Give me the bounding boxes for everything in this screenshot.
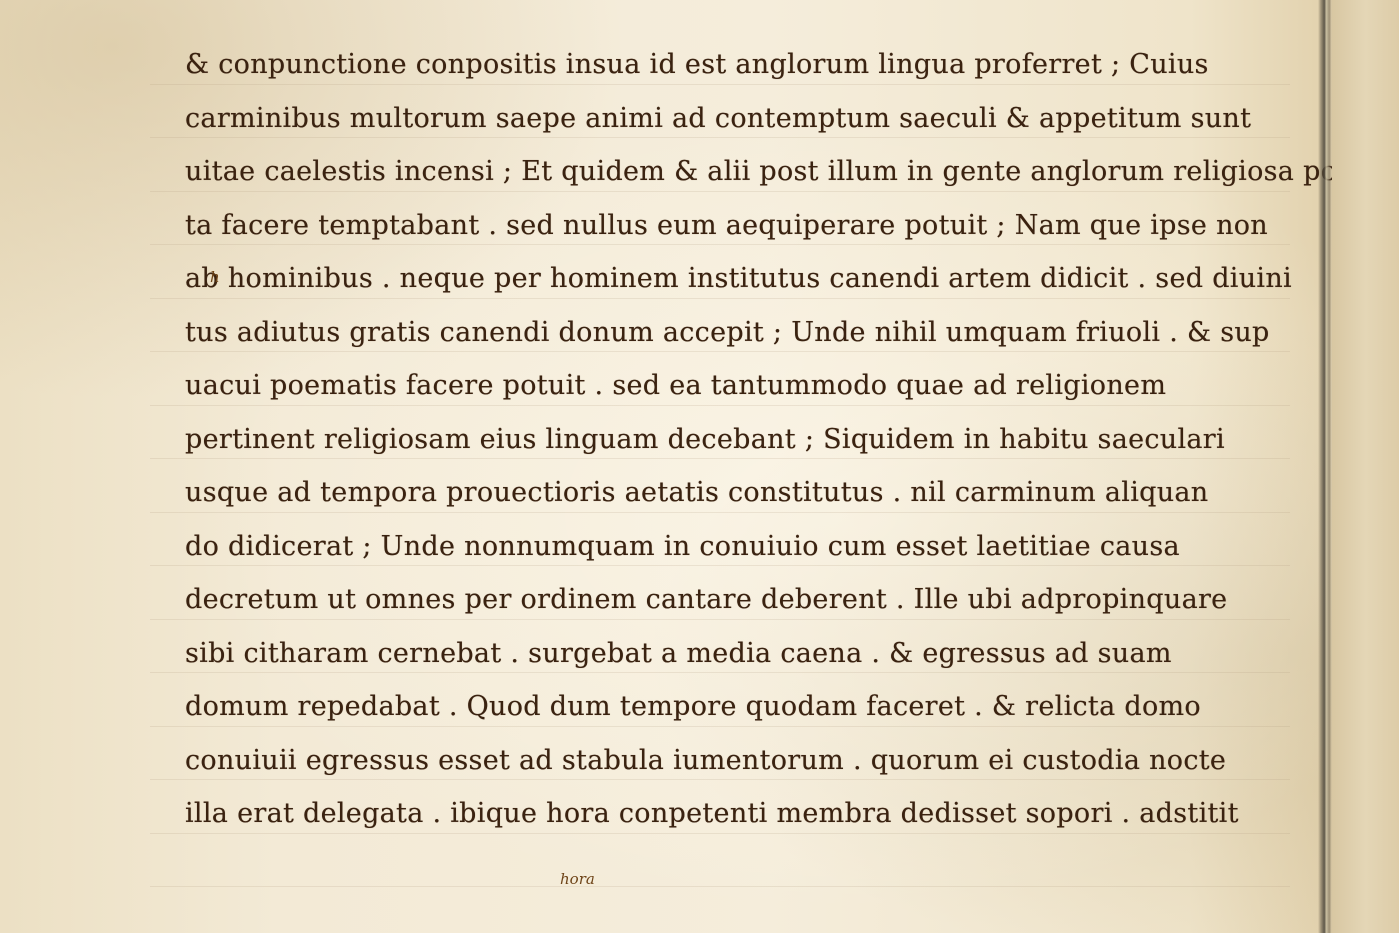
ruling-line	[150, 886, 1290, 887]
manuscript-line-12: sibi citharam cernebat . surgebat a medi…	[185, 627, 1285, 681]
manuscript-line-13: domum repedabat . Quod dum tempore quoda…	[185, 680, 1285, 734]
binding-gutter	[1318, 0, 1332, 933]
manuscript-line-7: uacui poematis facere potuit . sed ea ta…	[185, 359, 1285, 413]
manuscript-line-5: ab hominibus . neque per hominem institu…	[185, 252, 1285, 306]
manuscript-line-15: illa erat delegata . ibique hora conpete…	[185, 787, 1285, 841]
manuscript-line-14: conuiuii egressus esset ad stabula iumen…	[185, 734, 1285, 788]
manuscript-text-block: & conpunctione conpositis insua id est a…	[185, 38, 1285, 841]
manuscript-page: & conpunctione conpositis insua id est a…	[0, 0, 1399, 933]
manuscript-line-6: tus adiutus gratis canendi donum accepit…	[185, 306, 1285, 360]
manuscript-line-8: pertinent religiosam eius linguam deceba…	[185, 413, 1285, 467]
manuscript-line-4: ta facere temptabant . sed nullus eum ae…	[185, 199, 1285, 253]
manuscript-line-3: uitae caelestis incensi ; Et quidem & al…	[185, 145, 1285, 199]
manuscript-line-9: usque ad tempora prouectioris aetatis co…	[185, 466, 1285, 520]
manuscript-line-2: carminibus multorum saepe animi ad conte…	[185, 92, 1285, 146]
manuscript-line-10: do didicerat ; Unde nonnumquam in conuiu…	[185, 520, 1285, 574]
manuscript-line-11: decretum ut omnes per ordinem cantare de…	[185, 573, 1285, 627]
interlinear-gloss: hora	[560, 870, 595, 888]
manuscript-line-1: & conpunctione conpositis insua id est a…	[185, 38, 1285, 92]
interlinear-gloss: h	[210, 268, 220, 286]
facing-page-edge	[1332, 0, 1399, 933]
